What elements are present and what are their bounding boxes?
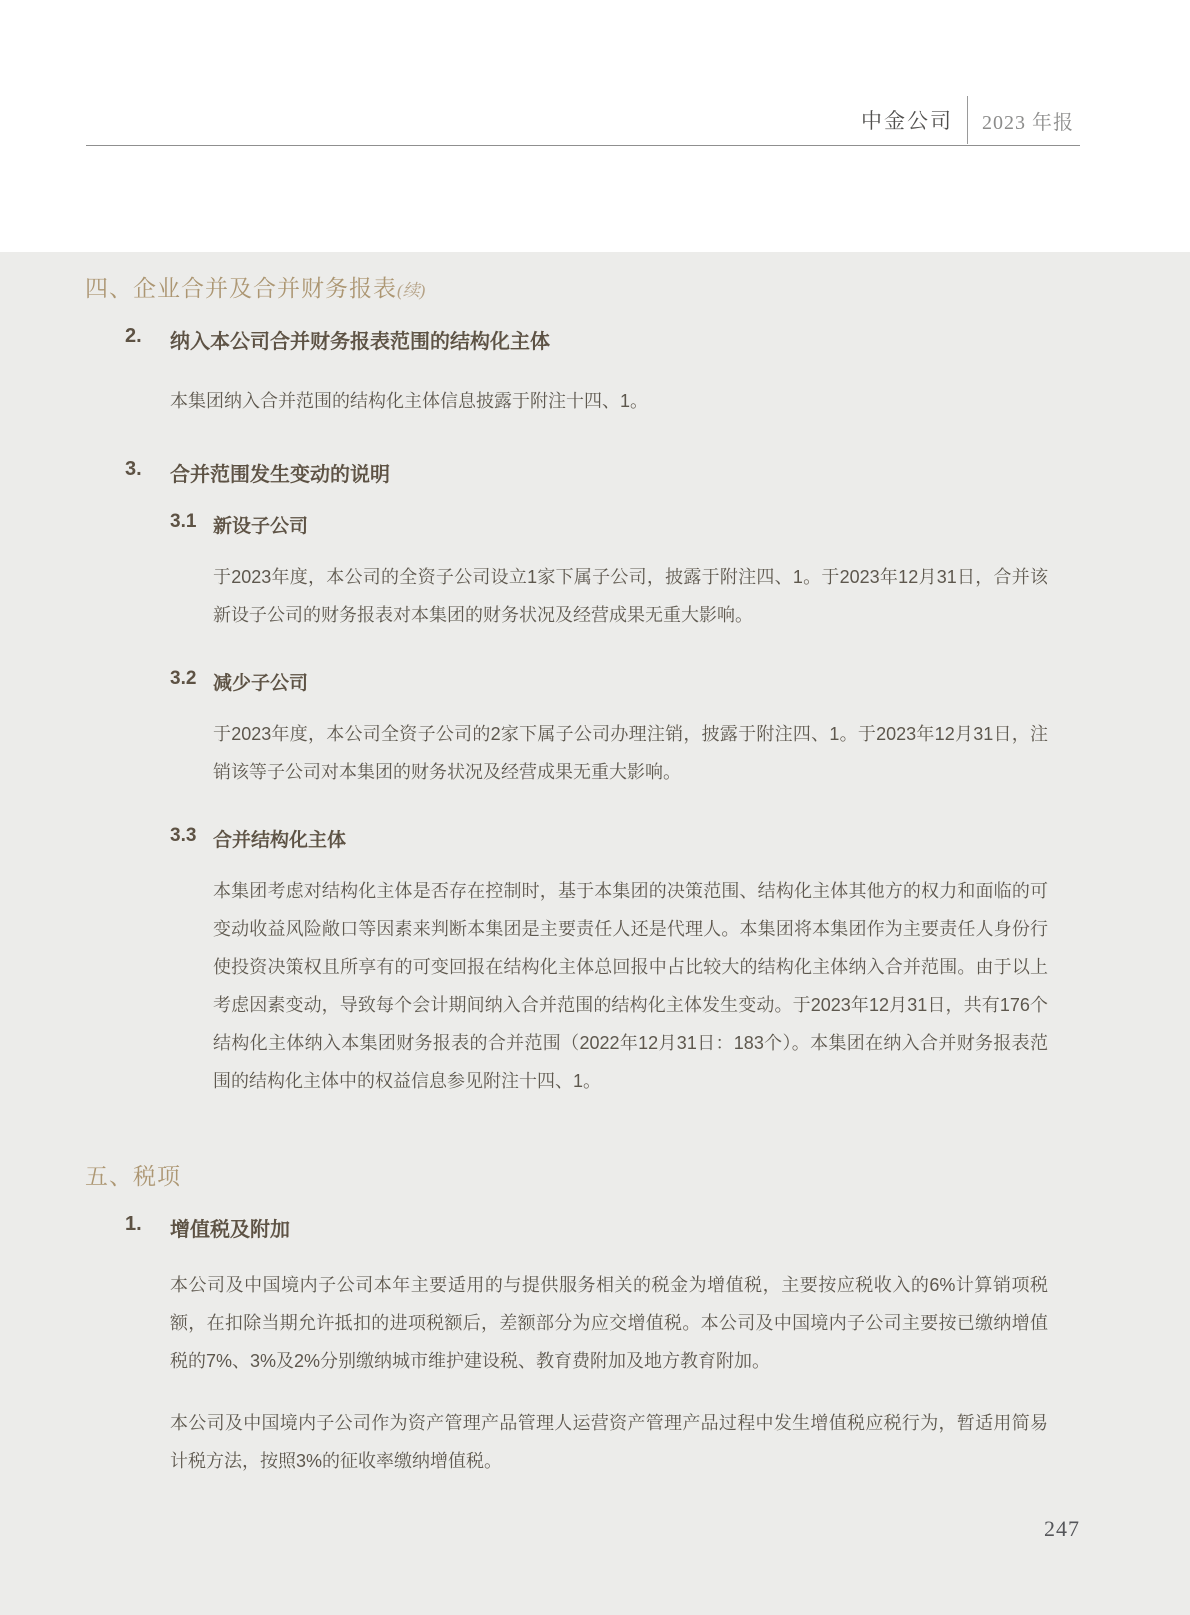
paragraph-tax-1: 本公司及中国境内子公司本年主要适用的与提供服务相关的税金为增值税，主要按应税收入… [170,1266,1048,1380]
header-report-edition: 2023 年报 [982,106,1074,135]
content-area: 四、企业合并及合并财务报表(续) 2. 纳入本公司合并财务报表范围的结构化主体 … [0,252,1190,1480]
heading-item-3-1: 3.1 新设子公司 [170,511,1080,538]
page-header: 中金公司 2023 年报 [861,96,1074,144]
header-rule [86,145,1080,146]
paragraph-item-2: 本集团纳入合并范围的结构化主体信息披露于附注十四、1。 [170,382,1048,420]
paragraph-item-3-1: 于2023年度，本公司的全资子公司设立1家下属子公司，披露于附注四、1。于202… [213,558,1048,634]
section-title-5-text: 五、税项 [85,1163,181,1189]
heading-item-3-text: 合并范围发生变动的说明 [170,458,390,487]
content-band: 四、企业合并及合并财务报表(续) 2. 纳入本公司合并财务报表范围的结构化主体 … [0,252,1190,1615]
header-divider [967,96,968,144]
heading-tax-item-1: 1. 增值税及附加 [125,1213,1080,1242]
document-page: 中金公司 2023 年报 四、企业合并及合并财务报表(续) 2. 纳入本公司合并… [0,0,1190,1615]
heading-item-2: 2. 纳入本公司合并财务报表范围的结构化主体 [125,325,1080,354]
page-number: 247 [1044,1516,1080,1542]
heading-item-3-3-text: 合并结构化主体 [213,825,346,852]
section-title-4-suffix: (续) [397,281,425,300]
heading-item-3-3: 3.3 合并结构化主体 [170,825,1080,852]
heading-item-3-1-number: 3.1 [170,511,213,538]
section-title-4: 四、企业合并及合并财务报表(续) [85,270,1080,303]
heading-item-2-number: 2. [125,325,170,354]
section-title-4-text: 四、企业合并及合并财务报表 [85,275,397,301]
heading-item-3: 3. 合并范围发生变动的说明 [125,458,1080,487]
heading-tax-item-1-text: 增值税及附加 [170,1213,290,1242]
heading-item-3-3-number: 3.3 [170,825,213,852]
heading-item-3-2-number: 3.2 [170,668,213,695]
heading-item-3-number: 3. [125,458,170,487]
heading-tax-item-1-number: 1. [125,1213,170,1242]
heading-item-3-2-text: 减少子公司 [213,668,308,695]
heading-item-3-2: 3.2 减少子公司 [170,668,1080,695]
paragraph-item-3-3: 本集团考虑对结构化主体是否存在控制时，基于本集团的决策范围、结构化主体其他方的权… [213,872,1048,1100]
heading-item-3-1-text: 新设子公司 [213,511,308,538]
paragraph-item-3-2: 于2023年度，本公司全资子公司的2家下属子公司办理注销，披露于附注四、1。于2… [213,715,1048,791]
section-title-5: 五、税项 [85,1158,1080,1191]
paragraph-tax-2: 本公司及中国境内子公司作为资产管理产品管理人运营资产管理产品过程中发生增值税应税… [170,1404,1048,1480]
header-company-name: 中金公司 [861,105,953,135]
section-gap [85,1142,1080,1158]
heading-item-2-text: 纳入本公司合并财务报表范围的结构化主体 [170,325,550,354]
